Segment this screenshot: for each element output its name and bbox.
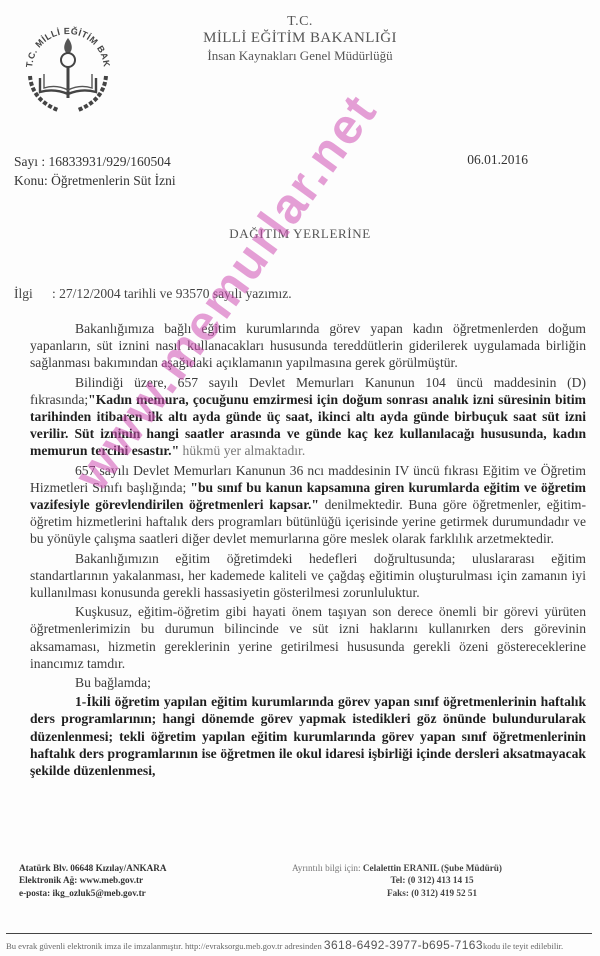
logo-ring-text: T.C. MİLLİ EĞİTİM BAKANLIĞI [18,14,112,68]
footer-address-block: Atatürk Blv. 06648 Kızılay/ANKARA Elektr… [19,862,167,899]
footer-web-row: Elektronik Ağ: www.meb.gov.tr [19,874,167,886]
footer-email-link[interactable]: ikg_ozluk5@meb.gov.tr [52,888,145,898]
letterhead: T.C. MİLLİ EĞİTİM BAKANLIĞI İnsan Kaynak… [150,14,450,64]
verification-note: Bu evrak güvenli elektronik imza ile imz… [6,938,600,952]
paragraph-3: 657 sayılı Devlet Memurları Kanunun 36 n… [30,462,586,548]
verification-code: 3618-6492-3977-b695-7163 [324,938,483,952]
footer-contact-name: Celalettin ERANIL (Şube Müdürü) [363,863,502,873]
ilgi-value: : 27/12/2004 tarihli ve 93570 sayılı yaz… [52,286,292,301]
meb-emblem-icon: T.C. MİLLİ EĞİTİM BAKANLIĞI [18,14,118,118]
paragraph-5: Kuşkusuz, eğitim-öğretim gibi hayati öne… [30,603,586,672]
document-page: T.C. MİLLİ EĞİTİM BAKANLIĞI T.C. MİLLİ E… [0,0,600,956]
footer-web-link[interactable]: www.meb.gov.tr [80,875,144,885]
paragraph-2-quote: "Kadın memura, çocuğunu emzirmesi için d… [30,392,586,459]
paragraph-2-tail: hükmü yer almaktadır. [179,443,305,458]
ilgi-row: İlgi: 27/12/2004 tarihli ve 93570 sayılı… [14,286,292,302]
document-meta: Sayı : 16833931/929/160504 06.01.2016 Ko… [14,152,574,190]
svg-text:T.C. MİLLİ EĞİTİM BAKANLIĞI: T.C. MİLLİ EĞİTİM BAKANLIĞI [18,14,112,68]
paragraph-4: Bakanlığımızın eğitim öğretimdeki hedefl… [30,550,586,602]
footer-address: Atatürk Blv. 06648 Kızılay/ANKARA [19,862,167,874]
paragraph-7-text: 1-İkili öğretim yapılan eğitim kurumları… [30,694,586,778]
footer-email-row: e-posta: ikg_ozluk5@meb.gov.tr [19,887,167,899]
footer-email-label: e-posta: [19,888,50,898]
tc-label: T.C. [150,14,450,29]
paragraph-6: Bu bağlamda; [30,674,586,691]
ilgi-label: İlgi [14,286,52,302]
footer-fax: Faks: (0 312) 419 52 51 [292,887,562,899]
konu-value: Öğretmenlerin Süt İzni [51,173,175,188]
footer-contact-row: Ayrıntılı bilgi için: Celalettin ERANIL … [292,862,562,874]
letter-body: Bakanlığımıza bağlı eğitim kurumlarında … [30,320,586,781]
sayi-value: : 16833931/929/160504 [41,154,170,169]
paragraph-2: Bilindiği üzere, 657 sayılı Devlet Memur… [30,374,586,460]
footer-contact-label: Ayrıntılı bilgi için: [292,863,361,873]
footer-tel: Tel: (0 312) 413 14 15 [292,874,562,886]
ministry-name: MİLLİ EĞİTİM BAKANLIĞI [150,29,450,47]
footer-contact-block: Ayrıntılı bilgi için: Celalettin ERANIL … [292,862,562,899]
verification-prefix: Bu evrak güvenli elektronik imza ile imz… [6,941,324,951]
document-date: 06.01.2016 [467,152,528,168]
paragraph-1: Bakanlığımıza bağlı eğitim kurumlarında … [30,320,586,372]
konu-row: Konu: Öğretmenlerin Süt İzni [14,171,574,190]
verification-suffix: kodu ile teyit edilebilir. [483,941,563,951]
department-name: İnsan Kaynakları Genel Müdürlüğü [150,47,450,64]
footer-web-label: Elektronik Ağ: [19,875,77,885]
sayi-label: Sayı [14,154,38,169]
footer-divider [6,933,592,934]
paragraph-7: 1-İkili öğretim yapılan eğitim kurumları… [30,693,586,779]
konu-label: Konu: [14,173,48,188]
distribution-heading: DAĞITIM YERLERİNE [0,226,600,242]
